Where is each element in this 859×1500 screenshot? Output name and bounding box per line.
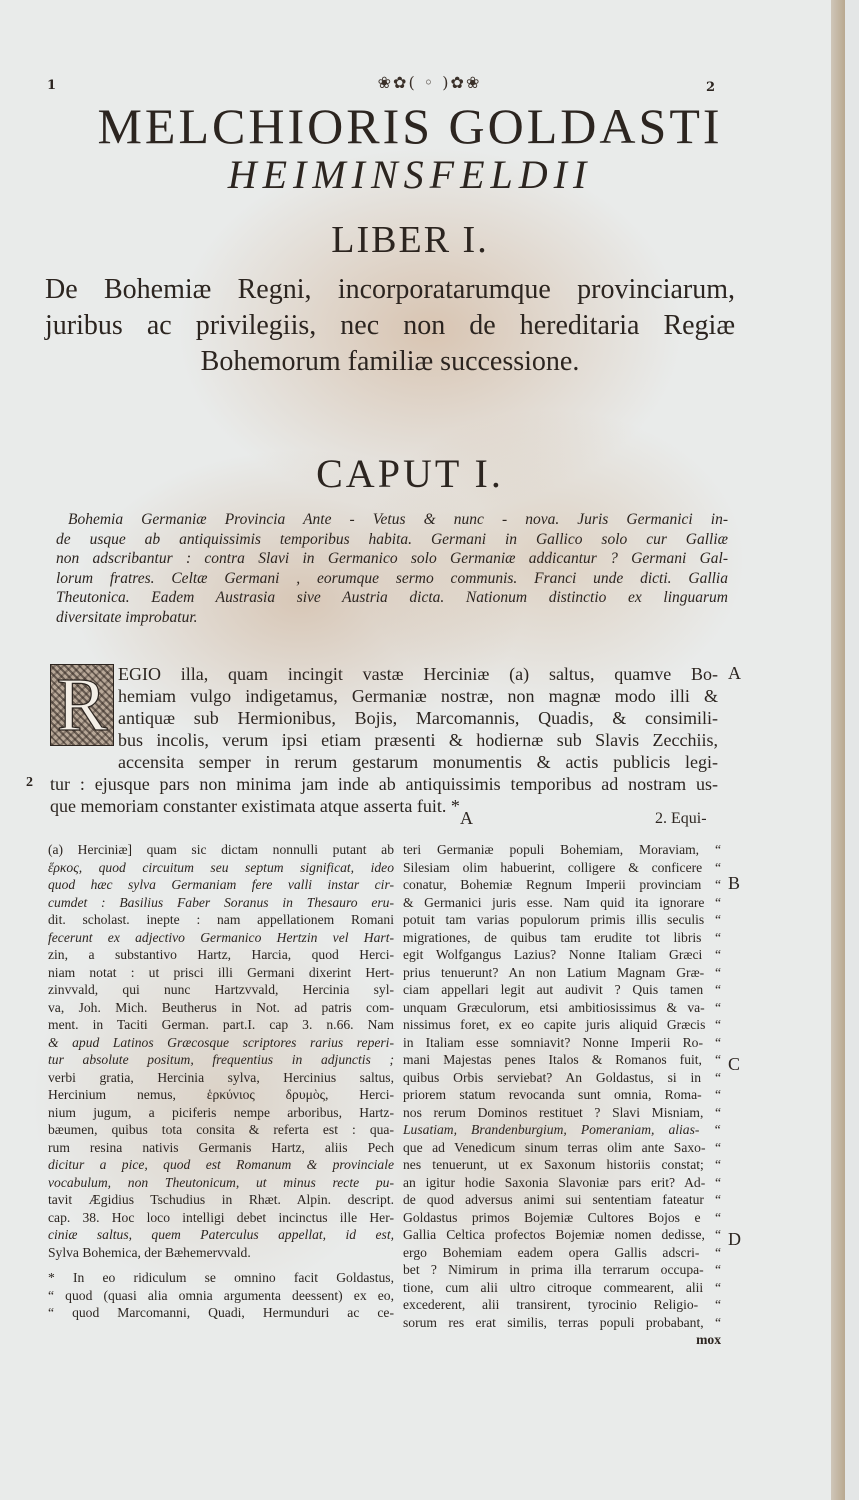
note-line: cumdet : Basilius Faber Soranus in Thesa… (48, 894, 394, 912)
summary-line: diversitate improbatur. (56, 608, 728, 628)
note-line: & apud Latinos Græcosque scriptores rari… (48, 1034, 394, 1052)
critique-line: excederent, alii transirent, tyrocinio R… (403, 1296, 721, 1314)
critique-line: in Italiam esse somniavit? Nonne Imperii… (403, 1034, 721, 1052)
note-line: fecerunt ex adjectivo Germanico Hertzin … (48, 929, 394, 947)
drop-cap-letter: R (57, 667, 108, 743)
critique-line: Goldastus primos Bojemiæ Cultores Bojos … (403, 1209, 721, 1227)
note-line: zinvvald, qui nunc Hartzvvald, Hercinia … (48, 981, 394, 999)
critique-line: “ quod (quasi alia omnia argumenta deess… (48, 1287, 394, 1305)
note-line: bæumen, quibus tota consita & referta es… (48, 1121, 394, 1139)
drop-cap-initial: R (50, 664, 114, 746)
critique-line: prius tenuerunt? An non Latium Magnam Gr… (403, 964, 721, 982)
summary-line: de usque ab antiquissimis temporibus hab… (56, 530, 728, 550)
body-line: antiquæ sub Hermionibus, Bojis, Marcoman… (118, 707, 718, 729)
note-line: niam notat : ut prisci illi Germani dixe… (48, 964, 394, 982)
critique-line: potuit tam varias populorum primis illis… (403, 911, 721, 929)
critique-line: & Germanici juris esse. Nam quid ita ign… (403, 894, 721, 912)
chapter-summary: Bohemia Germaniæ Provincia Ante - Vetus … (68, 510, 728, 627)
critique-line: unquam Græculorum, etsi ambitiosissimus … (403, 999, 721, 1017)
book-page: 1 ❀✿( ◦ )✿❀ 2 MELCHIORIS GOLDASTI HEIMIN… (0, 0, 845, 1500)
note-line: Sylva Bohemica, der Bæhemervvald. (48, 1244, 394, 1262)
critique-line: mani Majestas penes Italos & Romanos fui… (403, 1051, 721, 1069)
page-edge (831, 0, 845, 1500)
critique-line: Gallia Celtica profectos Bojemiæ nomen d… (403, 1226, 721, 1244)
body-line: tur : ejusque pars non minima jam inde a… (50, 773, 718, 795)
margin-number: 2 (26, 775, 33, 791)
critique-line: tione, cum alii ultro citroque commearen… (403, 1279, 721, 1297)
critique-line: egit Wolfgangus Lazius? Nonne Italiam Gr… (403, 946, 721, 964)
critique-line: conatur, Bohemiæ Regnum Imperii provinci… (403, 876, 721, 894)
body-line: hemiam vulgo indigetamus, Germaniæ nostr… (118, 685, 718, 707)
note-line: cap. 38. Hoc loco intelligi debet incinc… (48, 1209, 394, 1227)
margin-letter-a: A (728, 663, 741, 684)
note-line: dicitur a pice, quod est Romanum & provi… (48, 1156, 394, 1174)
left-column: (a) Herciniæ] quam sic dictam nonnulli p… (48, 841, 394, 1322)
note-line: (a) Herciniæ] quam sic dictam nonnulli p… (48, 841, 394, 859)
note-line: ment. in Taciti German. part.I. cap 3. n… (48, 1016, 394, 1034)
critique-line: priorem statum revocanda sunt omnia, Rom… (403, 1086, 721, 1104)
note-line: ἕρκος, quod circuitum seu septum signifi… (48, 859, 394, 877)
critique-line: bet ? Nimirum in prima illa terrarum occ… (403, 1261, 721, 1279)
signature-mark: A (460, 808, 473, 829)
note-line: zin, a substantivo Hartz, Harcia, quod H… (48, 946, 394, 964)
chapter-heading: CAPUT I. (0, 450, 820, 497)
note-line: nium jugum, a piciferis nempe arboribus,… (48, 1104, 394, 1122)
critique-line: que ad Venedicum sinum terras olim ante … (403, 1139, 721, 1157)
summary-line: lorum fratres. Celtæ Germani , eorumque … (56, 569, 728, 589)
critique-line: de quod adversus animi sui sententiam fa… (403, 1191, 721, 1209)
critique-line: nos rerum Dominos restituet ? Slavi Misn… (403, 1104, 721, 1122)
note-line: va, Joh. Mich. Beutherus in Not. ad patr… (48, 999, 394, 1017)
note-line: dit. scholast. inepte : nam appellatione… (48, 911, 394, 929)
critique-line: teri Germaniæ populi Bohemiam, Moraviam,… (403, 841, 721, 859)
book-heading: LIBER I. (0, 218, 820, 262)
book-subtitle: De Bohemiæ Regni, incorporatarumque prov… (45, 272, 735, 380)
header-ornament: ❀✿( ◦ )✿❀ (0, 73, 859, 92)
critique-line: * In eo ridiculum se omnino facit Goldas… (48, 1269, 394, 1287)
note-line: verbi gratia, Hercinia sylva, Hercinius … (48, 1069, 394, 1087)
critique-line: sorum res erat similis, terras populi pr… (403, 1314, 721, 1332)
author-epithet: HEIMINSFELDII (0, 152, 820, 198)
critique-line: migrationes, de quibus tam erudite tot l… (403, 929, 721, 947)
note-line: tur absolute positum, frequentius in adj… (48, 1051, 394, 1069)
margin-letter-c: C (728, 1054, 740, 1075)
author-name: MELCHIORIS GOLDASTI (0, 98, 820, 154)
note-line: Hercinium nemus, ἑρκύνιος δρυμὸς, Herci- (48, 1086, 394, 1104)
body-line: EGIO illa, quam incingit vastæ Herciniæ … (118, 663, 718, 685)
summary-line: Theutonica. Eadem Austrasia sive Austria… (56, 588, 728, 608)
critique-line: ergo Bohemiam eadem opera Gallis adscri-… (403, 1244, 721, 1262)
critique-line: nes tenuerunt, ut ex Saxonum historiis c… (403, 1156, 721, 1174)
critique-line: Silesiam olim habuerint, colligere & con… (403, 859, 721, 877)
summary-line: non adscribantur : contra Slavi in Germa… (56, 549, 728, 569)
body-line: bus incolis, verum ipsi etiam præsenti &… (118, 729, 718, 751)
critique-line: Lusatiam, Brandenburgium, Pomeraniam, al… (403, 1121, 721, 1139)
critique-line: “ quod Marcomanni, Quadi, Hermunduri ac … (48, 1304, 394, 1322)
folio-right: 2 (706, 80, 715, 95)
summary-line: Bohemia Germaniæ Provincia Ante - Vetus … (68, 510, 728, 530)
body-line: accensita semper in rerum gestarum monum… (118, 751, 718, 773)
margin-letter-b: B (728, 873, 740, 894)
margin-letter-d: D (728, 1229, 741, 1250)
note-line: ciniæ saltus, quem Paterculus appellat, … (48, 1226, 394, 1244)
critique-line: nissimus foret, ex eo capite juris aliqu… (403, 1016, 721, 1034)
catchword-equi: 2. Equi- (655, 810, 707, 828)
critique-line: quibus Orbis serviebat? An Goldastus, si… (403, 1069, 721, 1087)
right-column: teri Germaniæ populi Bohemiam, Moraviam,… (403, 841, 721, 1349)
body-line: que memoriam constanter existimata atque… (50, 795, 460, 817)
note-line: rum resina nativis Germanis Hartz, aliis… (48, 1139, 394, 1157)
critique-line: ciam appellari legit aut audivit ? Quis … (403, 981, 721, 999)
catchword-mox: mox (403, 1331, 721, 1349)
note-line: tavit Ægidius Tschudius in Rhæt. Alpin. … (48, 1191, 394, 1209)
critique-line: an igitur hodie Saxonia Slavoniæ pars er… (403, 1174, 721, 1192)
note-line: vocabulum, non Theutonicum, ut minus rec… (48, 1174, 394, 1192)
note-line: quod hæc sylva Germaniam fere valli inst… (48, 876, 394, 894)
